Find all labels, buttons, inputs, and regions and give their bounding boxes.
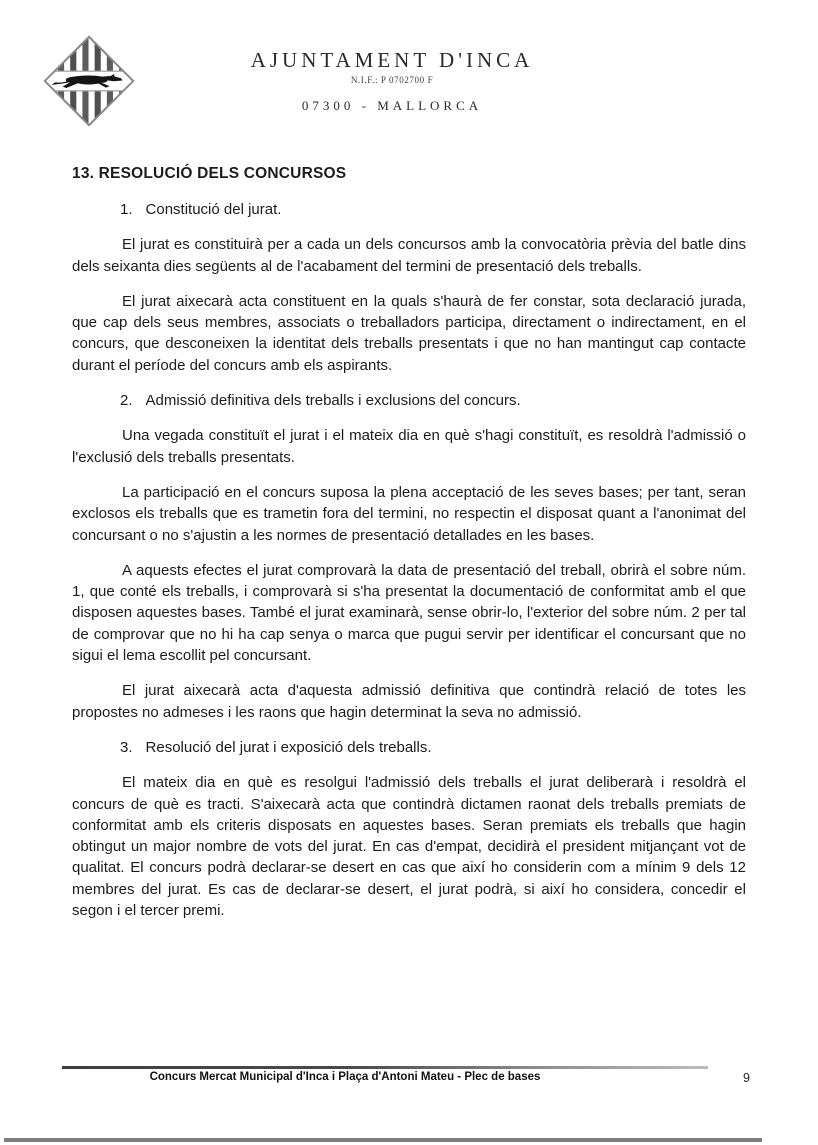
organization-nif: N.I.F.: P 0702700 F: [0, 75, 784, 85]
paragraph-3: Una vegada constituït el jurat i el mate…: [72, 425, 746, 468]
footer-rule: [62, 1066, 708, 1069]
organization-postal-city: 07300 - MALLORCA: [0, 98, 784, 114]
document-body: 13. RESOLUCIÓ DELS CONCURSOS 1.Constituc…: [72, 165, 746, 921]
list-item-1-number: 1.: [120, 201, 133, 218]
footer-title: Concurs Mercat Municipal d'Inca i Plaça …: [0, 1071, 690, 1083]
footer-row: Concurs Mercat Municipal d'Inca i Plaça …: [0, 1071, 818, 1087]
list-item-3-text: Resolució del jurat i exposició dels tre…: [146, 739, 432, 756]
list-item-3-number: 3.: [120, 739, 133, 756]
paragraph-7: El mateix dia en què es resolgui l'admis…: [72, 772, 746, 921]
paragraph-4: La participació en el concurs suposa la …: [72, 482, 746, 546]
section-title: 13. RESOLUCIÓ DELS CONCURSOS: [72, 165, 746, 183]
page-number: 9: [743, 1071, 750, 1085]
organization-name: AJUNTAMENT D'INCA: [0, 48, 784, 73]
paragraph-2: El jurat aixecarà acta constituent en la…: [72, 291, 746, 376]
document-footer: Concurs Mercat Municipal d'Inca i Plaça …: [0, 1066, 818, 1087]
list-item-2-number: 2.: [120, 392, 133, 409]
document-page: AJUNTAMENT D'INCA N.I.F.: P 0702700 F 07…: [0, 0, 818, 1145]
paragraph-1: El jurat es constituirà per a cada un de…: [72, 234, 746, 277]
list-item-2-text: Admissió definitiva dels treballs i excl…: [146, 392, 521, 409]
list-item-3: 3.Resolució del jurat i exposició dels t…: [72, 737, 746, 758]
paragraph-5: A aquests efectes el jurat comprovarà la…: [72, 560, 746, 666]
scan-artifact-line: [4, 1138, 762, 1142]
list-item-1: 1.Constitució del jurat.: [72, 199, 746, 220]
list-item-1-text: Constitució del jurat.: [146, 201, 282, 218]
header-text-block: AJUNTAMENT D'INCA N.I.F.: P 0702700 F 07…: [0, 48, 784, 114]
list-item-2: 2.Admissió definitiva dels treballs i ex…: [72, 390, 746, 411]
document-header: AJUNTAMENT D'INCA N.I.F.: P 0702700 F 07…: [0, 0, 818, 160]
paragraph-6: El jurat aixecarà acta d'aquesta admissi…: [72, 680, 746, 723]
